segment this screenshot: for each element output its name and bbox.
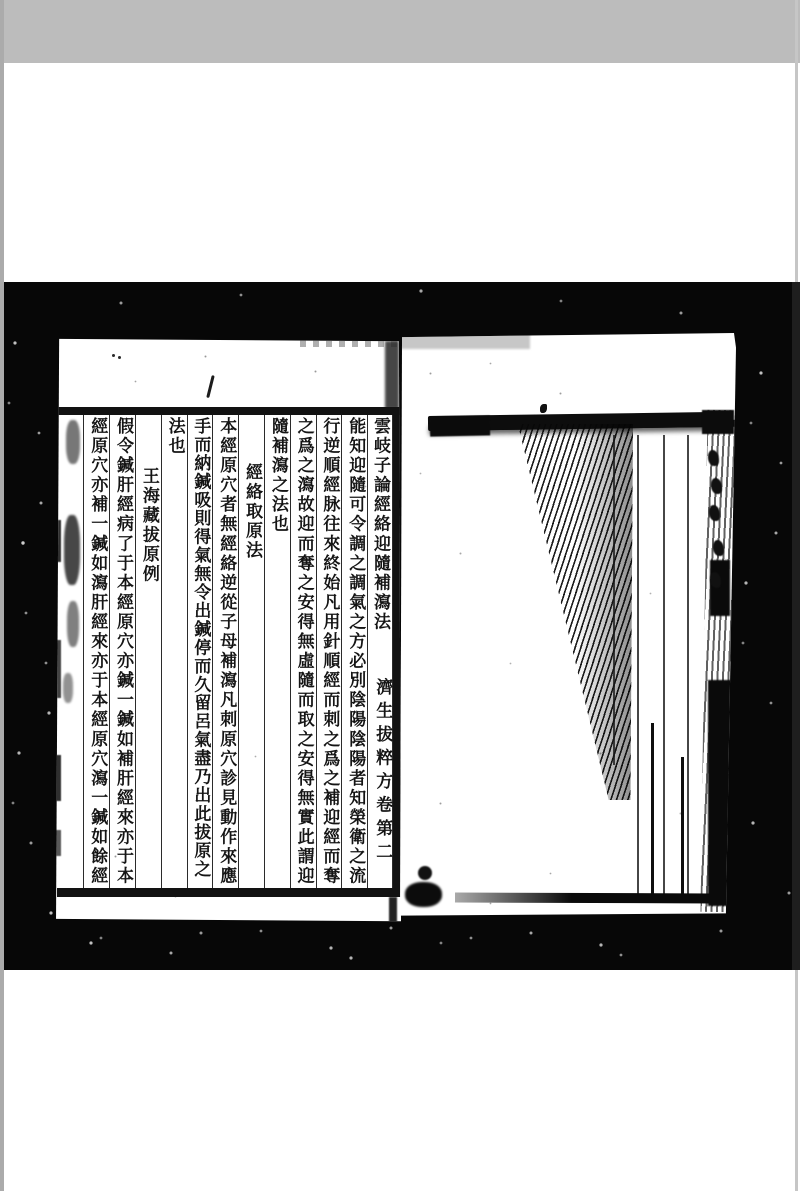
chapter-title: 雲岐子論經絡迎隨補瀉法 xyxy=(370,417,390,632)
section-header-column: 王海藏拔原例 xyxy=(135,415,161,888)
column-text: 行逆順經脉往來終始凡用針順經而刺之爲之補迎經而奪 xyxy=(319,417,339,886)
edge-glyph-smudge xyxy=(710,572,721,588)
text-column: 隨補瀉之法也 xyxy=(264,415,290,888)
text-column: 假令鍼肝經病了于本經原穴亦鍼一鍼如補肝經來亦于本 xyxy=(109,415,135,888)
edge-glyph-smudge xyxy=(708,450,719,466)
right-border-mid-smudge xyxy=(710,560,730,616)
top-edge-smudge xyxy=(300,338,398,347)
column-text: 法也 xyxy=(165,417,185,456)
text-column: 法也 xyxy=(161,415,187,888)
title-column: 雲岐子論經絡迎隨補瀉法 濟生拔粹方卷第二 xyxy=(367,415,393,888)
paper-speckles xyxy=(400,333,401,334)
volume-mark: 濟生拔粹方卷第二 xyxy=(371,678,393,866)
screen-left-edge-strip xyxy=(0,0,4,1191)
top-border-heavy-smudge xyxy=(430,415,490,436)
section-header: 王海藏拔原例 xyxy=(139,467,159,584)
left-page: 雲岐子論經絡迎隨補瀉法 濟生拔粹方卷第二 能知迎隨可令調之調氣之方必別陰陽陰陽者… xyxy=(55,336,401,923)
column-rule-dark-segment xyxy=(681,757,684,895)
column-rule-dark-segment xyxy=(651,723,654,895)
text-column: 之爲之瀉故迎而奪之安得無虛隨而取之安得無實此謂迎 xyxy=(290,415,316,888)
scanned-book-screenshot: 雲岐子論經絡迎隨補瀉法 濟生拔粹方卷第二 能知迎隨可令調之調氣之方必別陰陽陰陽者… xyxy=(0,0,800,1191)
ink-fleck xyxy=(540,404,547,413)
text-column: 經原穴亦補一鍼如瀉肝經來亦于本經原穴瀉一鍼如餘經 xyxy=(83,415,109,888)
top-gray-bar xyxy=(0,0,800,63)
text-frame: 雲岐子論經絡迎隨補瀉法 濟生拔粹方卷第二 能知迎隨可令調之調氣之方必別陰陽陰陽者… xyxy=(57,407,401,897)
column-rule xyxy=(663,435,665,895)
ink-squiggle-mark xyxy=(206,375,214,398)
bottom-gutter-ink-blob xyxy=(418,866,432,880)
column-rule xyxy=(637,435,639,895)
bottom-gutter-ink-blob xyxy=(405,882,442,907)
screen-right-edge-strip xyxy=(795,970,798,1191)
text-column: 手而納鍼吸則得氣無令出鍼停而久留呂氣盡乃出此拔原之 xyxy=(187,415,213,888)
column-text: 假令鍼肝經病了于本經原穴亦鍼一鍼如補肝經來亦于本 xyxy=(113,417,133,886)
section-header-column: 經絡取原法 xyxy=(238,415,264,888)
section-header: 經絡取原法 xyxy=(242,463,262,561)
column-rule xyxy=(613,435,615,765)
right-page xyxy=(400,333,736,918)
column-text: 經原穴亦補一鍼如瀉肝經來亦于本經原穴瀉一鍼如餘經 xyxy=(87,417,107,886)
book-photo-background: 雲岐子論經絡迎隨補瀉法 濟生拔粹方卷第二 能知迎隨可令調之調氣之方必別陰陽陰陽者… xyxy=(0,282,800,970)
column-text: 能知迎隨可令調之調氣之方必別陰陽陰陽者知榮衛之流 xyxy=(345,417,365,886)
paper-speckles xyxy=(55,336,56,337)
banxin-smudge xyxy=(67,601,79,647)
text-column: 本經原穴者無經絡逆從子母補瀉凡刺原穴診見動作來應 xyxy=(212,415,238,888)
edge-glyph-smudge xyxy=(711,478,722,494)
edge-glyph-smudge xyxy=(709,505,720,521)
column-text: 手而納鍼吸則得氣無令出鍼停而久留呂氣盡乃出此拔原之 xyxy=(190,417,210,878)
gutter-shadow-bottom xyxy=(389,897,397,922)
column-text: 之爲之瀉故迎而奪之安得無虛隨而取之安得無實此謂迎 xyxy=(294,417,314,886)
column-text: 隨補瀉之法也 xyxy=(268,417,288,534)
bottom-border-line xyxy=(455,893,714,904)
right-border-low-smudge xyxy=(708,680,732,906)
top-edge-gray-wash xyxy=(400,333,530,349)
edge-glyph-smudge xyxy=(713,540,724,556)
text-column: 行逆順經脉往來終始凡用針順經而刺之爲之補迎經而奪 xyxy=(316,415,342,888)
ink-dot-marks xyxy=(112,354,115,357)
banxin-smudge xyxy=(63,673,73,703)
column-text: 本經原穴者無經絡逆從子母補瀉凡刺原穴診見動作來應 xyxy=(216,417,236,886)
text-column: 能知迎隨可令調之調氣之方必別陰陽陰陽者知榮衛之流 xyxy=(341,415,367,888)
screen-right-edge-strip xyxy=(795,0,798,282)
banxin-smudge xyxy=(64,515,80,585)
right-border-top-smudge xyxy=(702,410,734,434)
column-rule xyxy=(687,435,689,895)
photo-right-edge-strip xyxy=(792,282,800,970)
banxin-smudge xyxy=(66,420,80,464)
gutter-shadow-top xyxy=(385,341,399,409)
